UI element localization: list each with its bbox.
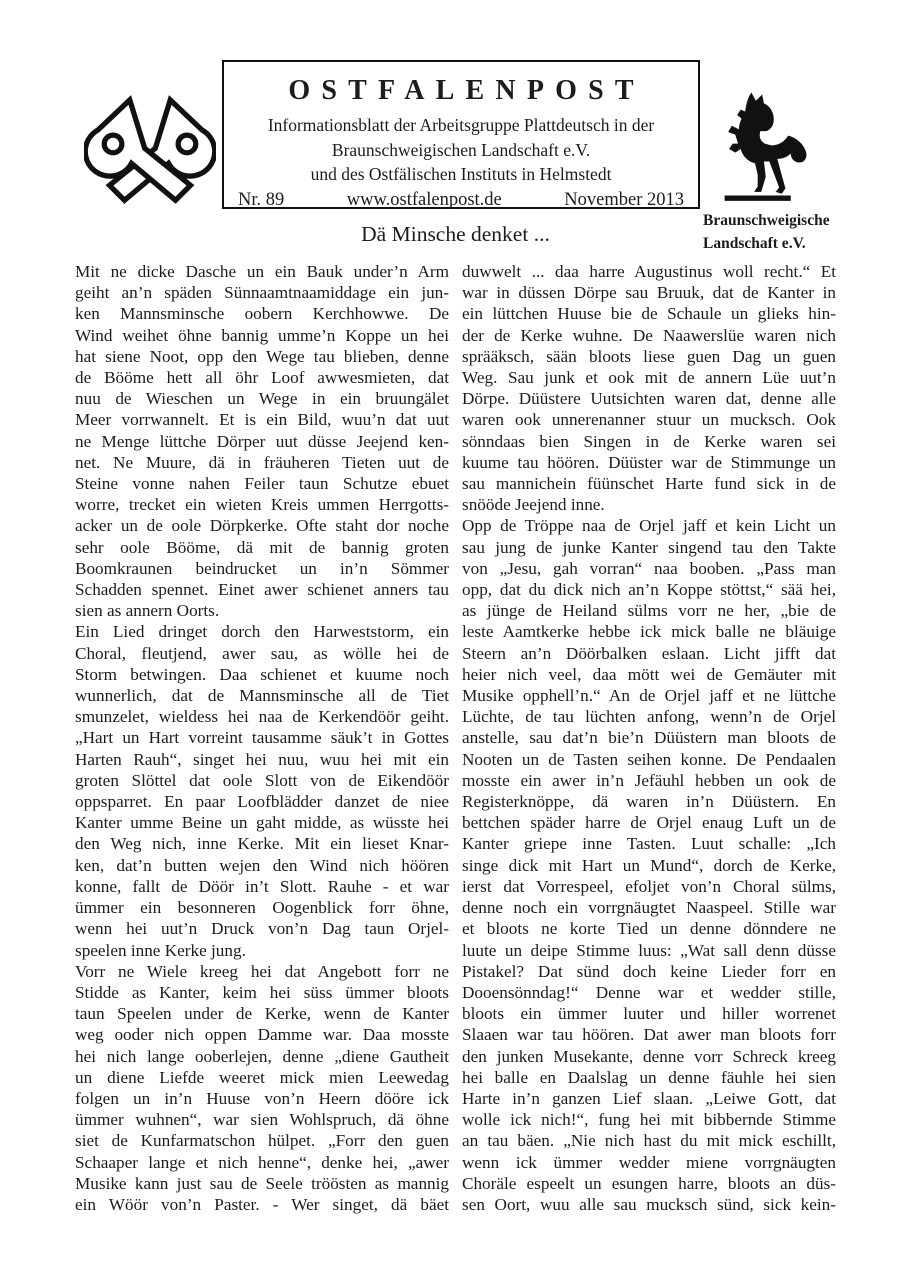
text-line: Opp de Tröppe naa de Orjel jaff et kein …: [462, 515, 836, 536]
paragraph: duwwelt ... daa harre Augustinus woll re…: [462, 261, 836, 515]
text-line: sönndaas bien Singen in de Kerke waren s…: [462, 431, 836, 452]
text-line: sehr oole Bööme, dä mit de bannig groten: [75, 537, 449, 558]
text-line: kuume tau höören. Düüster war de Stimmun…: [462, 452, 836, 473]
text-line: konne, fallt de Döör in’t Slott. Rauhe -…: [75, 876, 449, 897]
text-line: den junken Musekante, denne vorr Schreck…: [462, 1046, 836, 1067]
plattdeutsch-logo: [84, 88, 216, 214]
issue-number: Nr. 89: [238, 190, 284, 211]
text-line: Weg. Sau junk et ook mit de annern Lüe u…: [462, 367, 836, 388]
text-line: Vorr ne Wiele kreeg hei dat Angebott for…: [75, 961, 449, 982]
text-line: nuu de Wieschen un Wege in ein bruungäle…: [75, 388, 449, 409]
text-line: Pistakel? Dat sünd doch keine Lieder for…: [462, 961, 836, 982]
newsletter-page: OSTFALENPOST Informationsblatt der Arbei…: [0, 0, 904, 1280]
text-line: ein lüttchen Huuse bie de Schaule un gli…: [462, 303, 836, 324]
masthead-subtitle-line-3: und des Ostfälischen Instituts in Helmst…: [224, 162, 698, 187]
text-line: war in düssen Dörpe sau Bruuk, dat de Ka…: [462, 282, 836, 303]
text-line: speelen inne Kerke jung.: [75, 940, 449, 961]
paragraph: Vorr ne Wiele kreeg hei dat Angebott for…: [75, 961, 449, 1215]
text-line: bloots ein ümmer luuter und hiller worre…: [462, 1003, 836, 1024]
text-line: Harten Rauh“, singet hei nuu, wuu hei mi…: [75, 749, 449, 770]
text-line: siet de Kunfarmatschon hülpet. „Forr den…: [75, 1130, 449, 1151]
text-line: hei balle en Daalslag un denne fäuhle he…: [462, 1067, 836, 1088]
text-line: Musike kann just sau de Seele tröösten a…: [75, 1173, 449, 1194]
text-line: wenn ick ümmer wedder miene vorrgnäugten: [462, 1152, 836, 1173]
text-line: Kanter griepe inne Tasten. Luut schalle:…: [462, 833, 836, 854]
article-body: Mit ne dicke Dasche un ein Bauk under’n …: [75, 261, 836, 1215]
text-line: ken Mannsminsche oobern Kerchhowwe. De: [75, 303, 449, 324]
paragraph: Mit ne dicke Dasche un ein Bauk under’n …: [75, 261, 449, 621]
text-line: Kanter umme Beine un gaht midde, as wüss…: [75, 812, 449, 833]
text-line: wunnerlich, dat de Mannsminsche all de T…: [75, 685, 449, 706]
text-line: leste Aamtkerke hebbe ick mick balle ne …: [462, 621, 836, 642]
text-line: heier nich veel, daa mött wei de Gemäute…: [462, 664, 836, 685]
text-line: hei nich lange ooberlejen, denne „diene …: [75, 1046, 449, 1067]
text-line: ein Wöör von’n Paster. - Wer singet, dä …: [75, 1194, 449, 1215]
text-line: mosste ein awer in’n Jefäuhl hebben un o…: [462, 770, 836, 791]
text-line: anstelle, sau dat’n bie’n Düüstern man b…: [462, 727, 836, 748]
text-line: worre, trecket ein wieten Kreis ummen He…: [75, 494, 449, 515]
text-line: Stidde as Kanter, keim hei süss ümmer bl…: [75, 982, 449, 1003]
text-line: Harte in’n ganzen Lief slaan. „Leiwe Got…: [462, 1088, 836, 1109]
text-line: ken, dat’n butten wejen den Wind nich hö…: [75, 855, 449, 876]
text-line: luute un deipe Stimme luus: „Wat sall de…: [462, 940, 836, 961]
text-line: Registerknöppe, dä waren in’n Düüstern. …: [462, 791, 836, 812]
text-line: Wind weihet öhne bannig umme’n Koppe un …: [75, 325, 449, 346]
text-line: duwwelt ... daa harre Augustinus woll re…: [462, 261, 836, 282]
text-line: Schaaper lange et nich henne“, denke hei…: [75, 1152, 449, 1173]
text-line: Schadden spennet. Einet awer schienet an…: [75, 579, 449, 600]
text-line: Storm betwingen. Daa schienet et kuume n…: [75, 664, 449, 685]
text-line: ierst dat Vorrespeel, efoljet von’n Chor…: [462, 876, 836, 897]
text-line: denne noch ein vorrgnäugtet Naaspeel. St…: [462, 897, 836, 918]
text-line: Steine vonne nahen Feiler taun Schutze e…: [75, 473, 449, 494]
paragraph: Ein Lied dringet dorch den Harweststorm,…: [75, 621, 449, 960]
masthead-meta-row: Nr. 89 www.ostfalenpost.de November 2013: [224, 187, 698, 211]
text-line: „Hart un Hart vorreint tausamme säuk’t i…: [75, 727, 449, 748]
text-line: Meer vorrwannelt. Et is ein Bild, wuu’n …: [75, 409, 449, 430]
masthead-subtitle-line-2: Braunschweigischen Landschaft e.V.: [224, 138, 698, 163]
text-line: Musike opphell’n.“ An de Orjel jaff et n…: [462, 685, 836, 706]
text-line: Slaaen war tau höören. Dat awer man bloo…: [462, 1024, 836, 1045]
text-line: ne Menge lüttche Dörper uut düsse Jeejen…: [75, 431, 449, 452]
text-line: weg ooder nich oppen Damme war. Daa moss…: [75, 1024, 449, 1045]
text-line: ümmer wuhnen“, war sien Wohlspruch, dä ö…: [75, 1109, 449, 1130]
text-line: smunzelet, wieldess hei naa de Kerkendöö…: [75, 706, 449, 727]
text-line: ümmer ein besonneren Oogenblick forr öhn…: [75, 897, 449, 918]
text-line: wenn hei uut’n Druck von’n Dag taun Orje…: [75, 918, 449, 939]
text-line: singe dick mit Hart un Mund“, dorch de K…: [462, 855, 836, 876]
text-line: waren ook unnerenanner stuur un mucksch.…: [462, 409, 836, 430]
text-line: taun Speelen under de Kerke, wenn de Kan…: [75, 1003, 449, 1024]
website-url: www.ostfalenpost.de: [347, 190, 502, 211]
text-line: den Weg nich, inne Kerke. Mit ein lieset…: [75, 833, 449, 854]
text-line: sprääksch, sään bloots liese guen Dag un…: [462, 346, 836, 367]
text-line: Dooensönndag!“ Denne war et wedder still…: [462, 982, 836, 1003]
text-line: sen Oort, wuu alle sau mucksch sünd, sic…: [462, 1194, 836, 1215]
text-line: Mit ne dicke Dasche un ein Bauk under’n …: [75, 261, 449, 282]
saxon-steed-icon: [713, 90, 831, 208]
column-left: Mit ne dicke Dasche un ein Bauk under’n …: [75, 261, 449, 1215]
text-line: et bloots ne korte Tied un denne dönnder…: [462, 918, 836, 939]
text-line: net. Ne Muure, dä in fräuheren Tieten uu…: [75, 452, 449, 473]
text-line: sau jung de junke Kanter singend tau den…: [462, 537, 836, 558]
text-line: hat siene Noot, opp den Wege tau blieben…: [75, 346, 449, 367]
text-line: un diene Liefde weeret mick mien Leeweda…: [75, 1067, 449, 1088]
text-line: der de Kerke wuhne. De Naawerslüe waren …: [462, 325, 836, 346]
text-line: oppsparret. En paar Loofblädder danzet d…: [75, 791, 449, 812]
text-line: Dörpe. Düüstere Uutsichten waren dat, de…: [462, 388, 836, 409]
text-line: von „Jesu, gah vorran“ naa booben. „Pass…: [462, 558, 836, 579]
article-title: Dä Minsche denket ...: [75, 222, 836, 247]
text-line: sau mannichein füünschet Harte fund sick…: [462, 473, 836, 494]
text-line: de Bööme hett all öhr Loof awwesmieten, …: [75, 367, 449, 388]
text-line: bettchen späder harre de Orjel enaug Luf…: [462, 812, 836, 833]
paragraph: Opp de Tröppe naa de Orjel jaff et kein …: [462, 515, 836, 1215]
text-line: snööde Jeejend inne.: [462, 494, 836, 515]
masthead-title: OSTFALENPOST: [224, 74, 698, 108]
text-line: geiht an’n späden Sünnaamtnaamiddage ein…: [75, 282, 449, 303]
text-line: opp, dat du dick nich an’n Koppe stöttst…: [462, 579, 836, 600]
text-line: Lüchte, de tau lüchten anfong, wenn’n de…: [462, 706, 836, 727]
text-line: Steern an’n Döörbalken eslaan. Licht jif…: [462, 643, 836, 664]
text-line: Choral, fleutjend, awer sau, as wölle he…: [75, 643, 449, 664]
text-line: acker un de oole Dörpkerke. Ofte staht d…: [75, 515, 449, 536]
text-line: wolle ick nich!“, fung hei mit bibbernde…: [462, 1109, 836, 1130]
crossed-horse-heads-icon: [84, 88, 216, 214]
masthead-subtitle-line-1: Informationsblatt der Arbeitsgruppe Plat…: [224, 113, 698, 138]
masthead-box: OSTFALENPOST Informationsblatt der Arbei…: [222, 60, 700, 209]
text-line: Boomkraunen beindrucket un in’n Sömmer: [75, 558, 449, 579]
text-line: sien as annern Oorts.: [75, 600, 449, 621]
text-line: Nooten un de Tasten seihen konne. De Pen…: [462, 749, 836, 770]
text-line: Ein Lied dringet dorch den Harweststorm,…: [75, 621, 449, 642]
text-line: as jünge de Heiland sülms vorr ne her, „…: [462, 600, 836, 621]
text-line: Choräle espeelt un esungen harre, bloots…: [462, 1173, 836, 1194]
issue-date: November 2013: [564, 190, 684, 211]
text-line: an tau bäen. „Nie nich hast du mit mick …: [462, 1130, 836, 1151]
text-line: folgen un in’n Huuse von’n Heern dööre i…: [75, 1088, 449, 1109]
column-right: duwwelt ... daa harre Augustinus woll re…: [462, 261, 836, 1215]
text-line: groten Slöttel dat oole Slott von de Eik…: [75, 770, 449, 791]
